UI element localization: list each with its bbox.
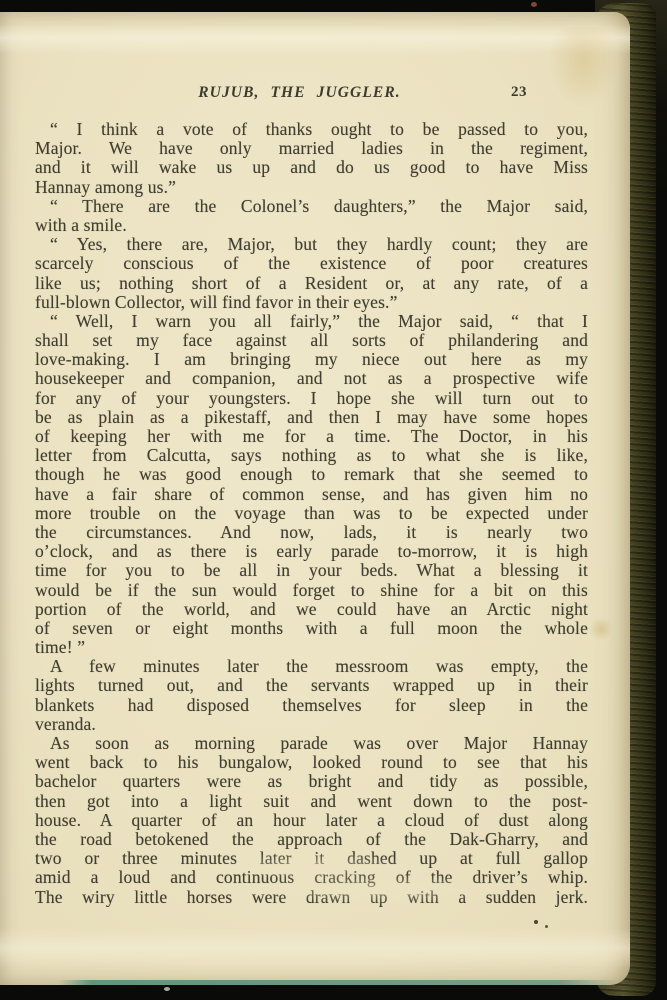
text-line: blankets had disposed themselves for sle… xyxy=(35,696,588,715)
paragraph: “ I think a vote of thanks ought to be p… xyxy=(35,120,588,197)
dust-speck xyxy=(531,2,537,7)
text-line: lights turned out, and the servants wrap… xyxy=(35,676,588,695)
text-line: more trouble on the voyage than was to b… xyxy=(35,504,588,523)
text-line: “ Yes, there are, Major, but they hardly… xyxy=(35,235,588,254)
text-line: the circumstances. And now, lads, it is … xyxy=(35,523,588,542)
text-line: house. A quarter of an hour later a clou… xyxy=(35,811,588,830)
book-page: RUJUB, THE JUGGLER. 23 “ I think a vote … xyxy=(0,12,630,985)
text-line: A few minutes later the messroom was emp… xyxy=(35,657,588,676)
text-line: have a fair share of common sense, and h… xyxy=(35,485,588,504)
text-line: amid a loud and continuous cracking of t… xyxy=(35,868,588,887)
text-line: with a smile. xyxy=(35,216,588,235)
text-line: and it will wake us up and do us good to… xyxy=(35,158,588,177)
text-line: “ I think a vote of thanks ought to be p… xyxy=(35,120,588,139)
text-line: veranda. xyxy=(35,715,588,734)
text-line: shall set my face against all sorts of p… xyxy=(35,331,588,350)
text-line: the road betokened the approach of the D… xyxy=(35,830,588,849)
scanned-book-photo: RUJUB, THE JUGGLER. 23 “ I think a vote … xyxy=(0,0,667,1000)
text-line: of keeping her with me for a time. The D… xyxy=(35,427,588,446)
text-line: Hannay among us.” xyxy=(35,178,588,197)
text-line: o’clock, and as there is early parade to… xyxy=(35,542,588,561)
page-edge-color-fringe xyxy=(58,980,618,985)
paper-stain xyxy=(588,616,614,642)
text-line: time for you to be all in your beds. Wha… xyxy=(35,561,588,580)
paragraph: “ Yes, there are, Major, but they hardly… xyxy=(35,235,588,312)
running-head: RUJUB, THE JUGGLER. 23 xyxy=(35,84,588,104)
dust-speck xyxy=(164,987,170,991)
text-line: housekeeper and companion, and not as a … xyxy=(35,369,588,388)
text-line: love-making. I am bringing my niece out … xyxy=(35,350,588,369)
text-line: would be if the sun would forget to shin… xyxy=(35,581,588,600)
paragraph: As soon as morning parade was over Major… xyxy=(35,734,588,907)
page-title: RUJUB, THE JUGGLER. xyxy=(23,84,576,102)
text-line: like us; nothing short of a Resident or,… xyxy=(35,274,588,293)
paragraph: “ There are the Colonel’s daughters,” th… xyxy=(35,197,588,235)
ink-speck xyxy=(534,920,538,924)
text-line: Major. We have only married ladies in th… xyxy=(35,139,588,158)
text-line: full-blown Collector, will find favor in… xyxy=(35,293,588,312)
text-line: “ There are the Colonel’s daughters,” th… xyxy=(35,197,588,216)
text-line: The wiry little horses were drawn up wit… xyxy=(35,888,588,907)
text-line: portion of the world, and we could have … xyxy=(35,600,588,619)
page-number: 23 xyxy=(511,84,527,101)
text-line: then got into a light suit and went down… xyxy=(35,792,588,811)
text-line: letter from Calcutta, says nothing as to… xyxy=(35,446,588,465)
text-line: time! ” xyxy=(35,638,588,657)
text-line: bachelor quarters were as bright and tid… xyxy=(35,772,588,791)
text-line: two or three minutes later it dashed up … xyxy=(35,849,588,868)
text-block: “ I think a vote of thanks ought to be p… xyxy=(35,120,588,907)
text-line: went back to his bungalow, looked round … xyxy=(35,753,588,772)
paragraph: A few minutes later the messroom was emp… xyxy=(35,657,588,734)
text-line: “ Well, I warn you all fairly,” the Majo… xyxy=(35,312,588,331)
text-line: though he was good enough to remark that… xyxy=(35,465,588,484)
text-line: be as plain as a pikestaff, and then I m… xyxy=(35,408,588,427)
scanner-light-band xyxy=(0,24,630,54)
text-line: scarcely conscious of the existence of p… xyxy=(35,254,588,273)
scanner-light-band xyxy=(0,928,630,968)
text-line: of seven or eight months with a full moo… xyxy=(35,619,588,638)
paragraph: “ Well, I warn you all fairly,” the Majo… xyxy=(35,312,588,657)
text-line: As soon as morning parade was over Major… xyxy=(35,734,588,753)
text-line: for any of your youngsters. I hope she w… xyxy=(35,389,588,408)
